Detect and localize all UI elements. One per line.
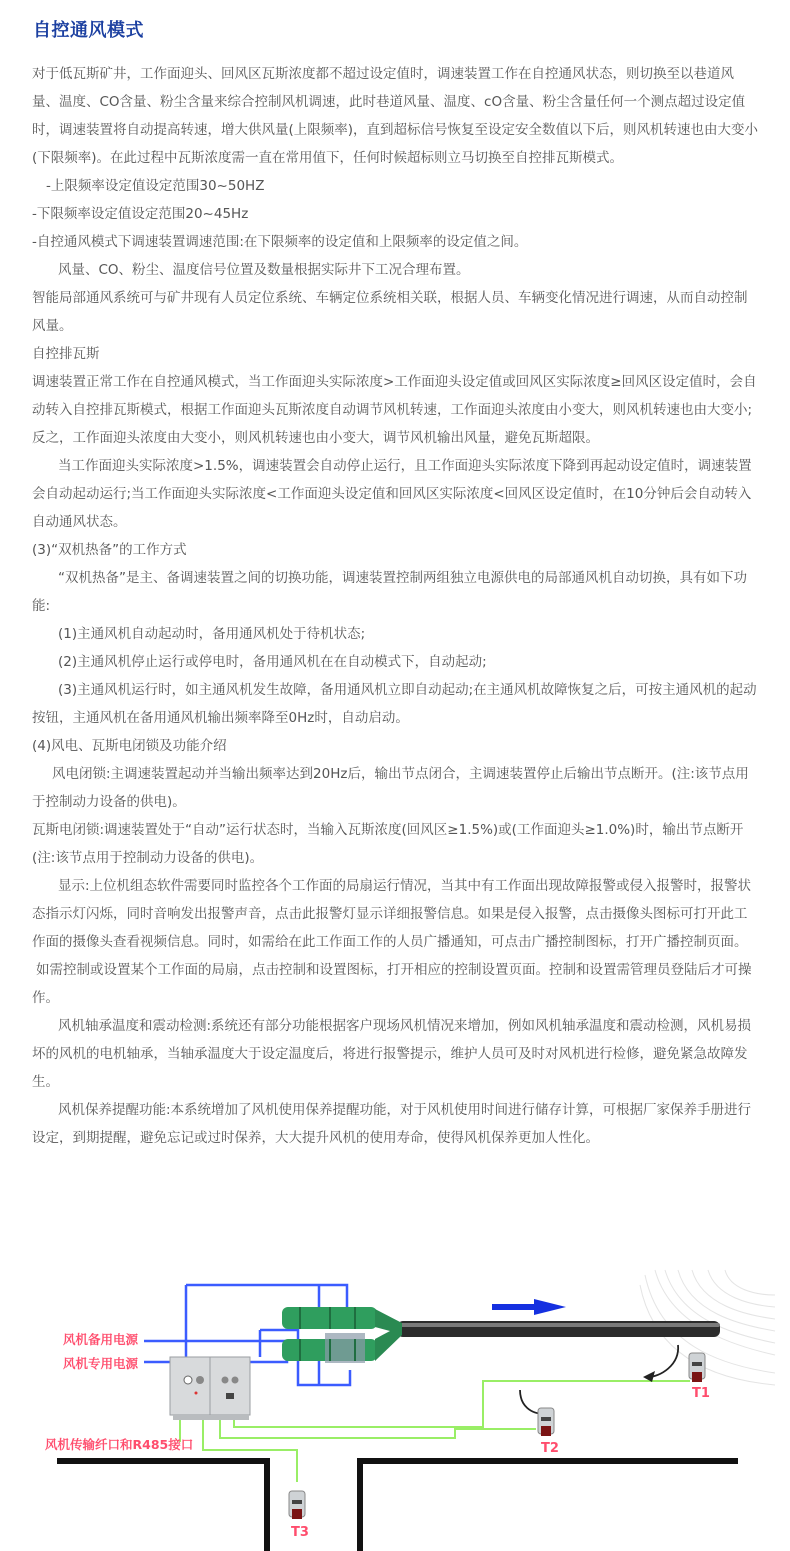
signal-lines	[180, 1381, 690, 1482]
ventilation-diagram: 风机备用电源 风机专用电源 风机传输纤口和R485接口 T1 T2 T3	[30, 1265, 790, 1551]
airflow-arrow-icon	[492, 1299, 566, 1315]
article-body: 对于低瓦斯矿井，工作面迎头、回风区瓦斯浓度都不超过设定值时，调速装置工作在自控通…	[32, 60, 760, 1152]
paragraph-control-settings: 如需控制或设置某个工作面的局扇，点击控制和设置图标，打开相应的控制设置页面。控制…	[32, 956, 760, 1012]
paragraph-speed-range: -自控通风模式下调速装置调速范围:在下限频率的设定值和上限频率的设定值之间。	[32, 228, 760, 256]
paragraph-intro: 对于低瓦斯矿井，工作面迎头、回风区瓦斯浓度都不超过设定值时，调速装置工作在自控通…	[32, 60, 760, 172]
label-backup-power: 风机备用电源	[63, 1330, 138, 1348]
section-heading-hot-standby: (3)“双机热备”的工作方式	[32, 536, 760, 564]
air-duct-icon	[397, 1321, 720, 1337]
paragraph-gas-drain: 调速装置正常工作在自控通风模式，当工作面迎头实际浓度>工作面迎头设定值或回风区实…	[32, 368, 760, 452]
paragraph-lower-freq: -下限频率设定值设定范围20~45Hz	[32, 200, 760, 228]
diagram-graphics	[30, 1265, 790, 1551]
flow-curve-arrows	[520, 1345, 678, 1414]
paragraph-maintenance: 风机保养提醒功能:本系统增加了风机使用保养提醒功能，对于风机使用时间进行储存计算…	[32, 1096, 760, 1152]
list-item-2: (2)主通风机停止运行或停电时，备用通风机在在自动模式下，自动起动;	[32, 648, 760, 676]
paragraph-positioning: 智能局部通风系统可与矿井现有人员定位系统、车辆定位系统相关联，根据人员、车辆变化…	[32, 284, 760, 340]
sensor-t1-label: T1	[692, 1386, 710, 1401]
section-heading-gas-drain: 自控排瓦斯	[32, 340, 760, 368]
fan-icon	[282, 1307, 402, 1363]
paragraph-upper-freq: -上限频率设定值设定范围30~50HZ	[32, 172, 760, 200]
paragraph-gas-interlock: 瓦斯电闭锁:调速装置处于“自动”运行状态时，当输入瓦斯浓度(回风区≥1.5%)或…	[32, 816, 760, 872]
paragraph-display: 显示:上位机组态软件需要同时监控各个工作面的局扇运行情况，当其中有工作面出现故障…	[32, 872, 760, 956]
paragraph-sensor-layout: 风量、CO、粉尘、温度信号位置及数量根据实际井下工况合理布置。	[32, 256, 760, 284]
control-cabinet-icon	[170, 1357, 250, 1420]
sensor-t3-label: T3	[291, 1525, 309, 1540]
paragraph-bearing: 风机轴承温度和震动检测:系统还有部分功能根据客户现场风机情况来增加，例如风机轴承…	[32, 1012, 760, 1096]
list-item-1: (1)主通风机自动起动时，备用通风机处于待机状态;	[32, 620, 760, 648]
tunnel-walls	[57, 1461, 738, 1551]
paragraph-hot-standby: “双机热备”是主、备调速装置之间的切换功能，调速装置控制两组独立电源供电的局部通…	[32, 564, 760, 620]
label-dedicated-power: 风机专用电源	[63, 1354, 138, 1372]
list-item-3: (3)主通风机运行时，如主通风机发生故障，备用通风机立即自动起动;在主通风机故障…	[32, 676, 760, 732]
section-heading-interlock: (4)风电、瓦斯电闭锁及功能介绍	[32, 732, 760, 760]
sensor-t2-icon	[538, 1408, 554, 1436]
page-title: 自控通风模式	[33, 16, 144, 42]
sensor-t1-icon	[689, 1353, 705, 1382]
sensor-t3-icon	[289, 1491, 305, 1519]
paragraph-gas-stop: 当工作面迎头实际浓度>1.5%，调速装置会自动停止运行，且工作面迎头实际浓度下降…	[32, 452, 760, 536]
sensor-t2-label: T2	[541, 1441, 559, 1456]
paragraph-wind-interlock: 风电闭锁:主调速装置起动并当输出频率达到20Hz后，输出节点闭合，主调速装置停止…	[32, 760, 760, 816]
label-interface: 风机传输纤口和R485接口	[45, 1435, 193, 1453]
